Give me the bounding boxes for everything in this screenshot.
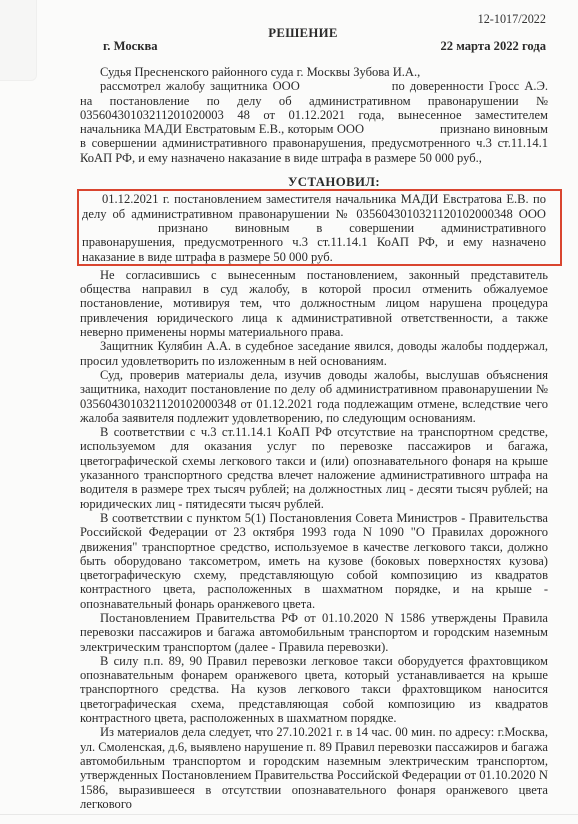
established-heading: УСТАНОВИЛ: — [80, 175, 548, 189]
intro-text-a: рассмотрел жалобу защитника ООО — [100, 79, 300, 93]
paragraph-transport-rules: В силу п.п. 89, 90 Правил перевозки легк… — [80, 654, 548, 725]
paragraph-defender: Защитник Кулябин А.А. в судебное заседан… — [80, 339, 548, 368]
document-body: Судья Пресненского районного суда г. Мос… — [80, 65, 548, 811]
scan-artifact-line — [0, 814, 578, 815]
document-place: г. Москва — [103, 39, 158, 54]
document-page: 12-1017/2022 РЕШЕНИЕ г. Москва 22 марта … — [0, 0, 578, 824]
paragraph-case-materials: Из материалов дела следует, что 27.10.20… — [80, 725, 548, 811]
paragraph-objection: Не согласившись с вынесенным постановлен… — [80, 268, 548, 339]
paragraph-government-decree: Постановлением Правительства РФ от 01.10… — [80, 611, 548, 654]
document-date: 22 марта 2022 года — [441, 39, 547, 54]
highlighted-text-b: признано виновным в совершении администр… — [82, 221, 546, 264]
paragraph-koap-article: В соответствии с ч.3 ст.11.14.1 КоАП РФ … — [80, 425, 548, 511]
highlighted-text-a: 01.12.2021 г. постановлением заместителя… — [82, 192, 546, 220]
paragraph-traffic-rules: В соответствии с пунктом 5(1) Постановле… — [80, 511, 548, 611]
intro-paragraph-considered: рассмотрел жалобу защитника ОООпо довере… — [80, 79, 548, 165]
highlight-box: 01.12.2021 г. постановлением заместителя… — [77, 189, 562, 265]
case-number: 12-1017/2022 — [478, 12, 546, 27]
intro-paragraph-judge: Судья Пресненского районного суда г. Мос… — [80, 65, 548, 79]
highlighted-paragraph: 01.12.2021 г. постановлением заместителя… — [82, 192, 546, 263]
paragraph-court-finding: Суд, проверив материалы дела, изучив дов… — [80, 368, 548, 425]
